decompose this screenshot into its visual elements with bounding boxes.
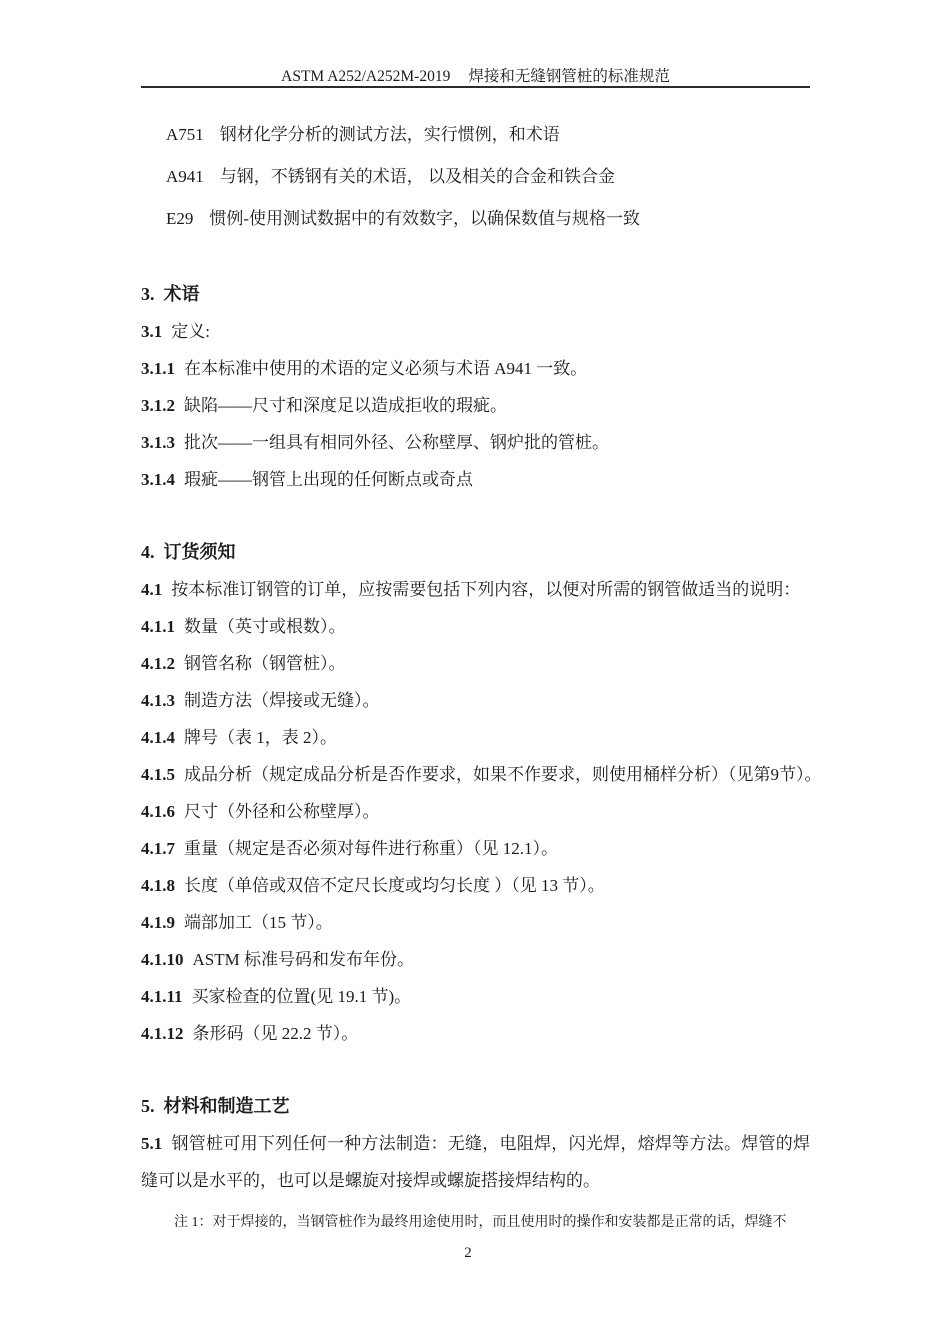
reference-code: A941: [166, 167, 204, 186]
reference-text: 钢材化学分析的测试方法，实行惯例，和术语: [220, 125, 560, 144]
clause-text: 端部加工（15 节）。: [184, 913, 333, 932]
clause-text: 成品分析（规定成品分析是否作要求，如果不作要求，则使用桶样分析）（见第9节）。: [184, 765, 822, 784]
clause: 4.1.4牌号（表 1，表 2）。: [141, 719, 810, 756]
clause: 4.1.6尺寸（外径和公称壁厚）。: [141, 793, 810, 830]
clause-text: 牌号（表 1，表 2）。: [184, 728, 337, 747]
clause-number: 4.1: [141, 580, 162, 599]
clause-text: ASTM 标准号码和发布年份。: [193, 950, 414, 969]
clause-text: 定义:: [171, 322, 210, 341]
clause: 4.1.5成品分析（规定成品分析是否作要求，如果不作要求，则使用桶样分析）（见第…: [141, 756, 810, 793]
clause-number: 4.1.3: [141, 691, 175, 710]
clause-text: 长度（单倍或双倍不定尺长度或均匀长度 ）（见 13 节）。: [184, 876, 605, 895]
clause-text: 钢管桩可用下列任何一种方法制造：无缝，电阻焊，闪光焊，熔焊等方法。焊管的焊缝可以…: [141, 1134, 810, 1190]
clause: 5.1钢管桩可用下列任何一种方法制造：无缝，电阻焊，闪光焊，熔焊等方法。焊管的焊…: [141, 1125, 810, 1199]
clause-number: 4.1.5: [141, 765, 175, 784]
page-header: ASTM A252/A252M-2019焊接和无缝钢管桩的标准规范: [141, 67, 810, 88]
clause-text: 在本标准中使用的术语的定义必须与术语 A941 一致。: [184, 359, 587, 378]
section-number: 3.: [141, 284, 155, 304]
clause-number: 3.1.2: [141, 396, 175, 415]
clause: 4.1.7重量（规定是否必须对每件进行称重）（见 12.1）。: [141, 830, 810, 867]
document-body: A751钢材化学分析的测试方法，实行惯例，和术语 A941与钢，不锈钢有关的术语…: [141, 114, 810, 1241]
clause: 4.1.2钢管名称（钢管桩）。: [141, 645, 810, 682]
clause-number: 5.1: [141, 1134, 162, 1153]
reference-list: A751钢材化学分析的测试方法，实行惯例，和术语 A941与钢，不锈钢有关的术语…: [141, 114, 810, 240]
clause: 4.1.8长度（单倍或双倍不定尺长度或均匀长度 ）（见 13 节）。: [141, 867, 810, 904]
clause-number: 4.1.12: [141, 1024, 184, 1043]
reference-item: E29惯例-使用测试数据中的有效数字，以确保数值与规格一致: [141, 198, 810, 240]
clause-text: 按本标准订钢管的订单，应按需要包括下列内容，以便对所需的钢管做适当的说明：: [171, 580, 800, 599]
clause-text: 瑕疵——钢管上出现的任何断点或奇点: [184, 470, 473, 489]
section-number: 4.: [141, 542, 155, 562]
clause: 3.1定义:: [141, 313, 810, 350]
clause: 4.1.3制造方法（焊接或无缝）。: [141, 682, 810, 719]
section-number: 5.: [141, 1096, 155, 1116]
reference-item: A751钢材化学分析的测试方法，实行惯例，和术语: [141, 114, 810, 156]
clause: 4.1按本标准订钢管的订单，应按需要包括下列内容，以便对所需的钢管做适当的说明：: [141, 571, 810, 608]
clause-text: 尺寸（外径和公称壁厚）。: [184, 802, 380, 821]
clause-text: 数量（英寸或根数）。: [184, 617, 346, 636]
clause-text: 批次——一组具有相同外径、公称壁厚、钢炉批的管桩。: [184, 433, 609, 452]
reference-code: E29: [166, 209, 193, 228]
clause-number: 3.1.1: [141, 359, 175, 378]
header-standard-code: ASTM A252/A252M-2019: [281, 68, 450, 85]
reference-item: A941与钢，不锈钢有关的术语， 以及相关的合金和铁合金: [141, 156, 810, 198]
clause-number: 4.1.4: [141, 728, 175, 747]
reference-text: 与钢，不锈钢有关的术语， 以及相关的合金和铁合金: [220, 167, 615, 186]
clause: 4.1.10ASTM 标准号码和发布年份。: [141, 941, 810, 978]
header-doc-title: 焊接和无缝钢管桩的标准规范: [468, 68, 670, 85]
clause: 4.1.9端部加工（15 节）。: [141, 904, 810, 941]
clause-number: 4.1.10: [141, 950, 184, 969]
section-heading-materials-manufacture: 5.材料和制造工艺: [141, 1088, 810, 1125]
clause-text: 条形码（见 22.2 节）。: [193, 1024, 359, 1043]
section-title: 术语: [164, 284, 200, 304]
clause-number: 3.1.4: [141, 470, 175, 489]
section-heading-terminology: 3.术语: [141, 276, 810, 313]
clause-text: 缺陷——尺寸和深度足以造成拒收的瑕疵。: [184, 396, 507, 415]
clause: 4.1.1数量（英寸或根数）。: [141, 608, 810, 645]
clause: 4.1.11买家检查的位置(见 19.1 节)。: [141, 978, 810, 1015]
clause-text: 买家检查的位置(见 19.1 节)。: [192, 987, 412, 1006]
section-title: 材料和制造工艺: [164, 1096, 290, 1116]
clause-text: 钢管名称（钢管桩）。: [184, 654, 346, 673]
section-heading-ordering-info: 4.订货须知: [141, 534, 810, 571]
clause-number: 4.1.2: [141, 654, 175, 673]
note-text: 注 1：对于焊接的，当钢管桩作为最终用途使用时，而且使用时的操作和安装都是正常的…: [141, 1204, 810, 1241]
section-title: 订货须知: [164, 542, 236, 562]
clause-number: 4.1.1: [141, 617, 175, 636]
clause-number: 4.1.11: [141, 987, 183, 1006]
clause: 3.1.2缺陷——尺寸和深度足以造成拒收的瑕疵。: [141, 387, 810, 424]
clause-number: 4.1.9: [141, 913, 175, 932]
clause-number: 4.1.8: [141, 876, 175, 895]
page-number: 2: [0, 1244, 936, 1262]
clause-text: 制造方法（焊接或无缝）。: [184, 691, 380, 710]
clause-number: 3.1.3: [141, 433, 175, 452]
clause-number: 4.1.6: [141, 802, 175, 821]
clause-number: 4.1.7: [141, 839, 175, 858]
clause-text: 重量（规定是否必须对每件进行称重）（见 12.1）。: [184, 839, 558, 858]
clause-number: 3.1: [141, 322, 162, 341]
reference-code: A751: [166, 125, 204, 144]
clause: 3.1.4瑕疵——钢管上出现的任何断点或奇点: [141, 461, 810, 498]
clause: 3.1.1在本标准中使用的术语的定义必须与术语 A941 一致。: [141, 350, 810, 387]
document-page: ASTM A252/A252M-2019焊接和无缝钢管桩的标准规范 A751钢材…: [0, 0, 950, 1344]
reference-text: 惯例-使用测试数据中的有效数字，以确保数值与规格一致: [209, 209, 640, 228]
clause: 3.1.3批次——一组具有相同外径、公称壁厚、钢炉批的管桩。: [141, 424, 810, 461]
clause: 4.1.12条形码（见 22.2 节）。: [141, 1015, 810, 1052]
